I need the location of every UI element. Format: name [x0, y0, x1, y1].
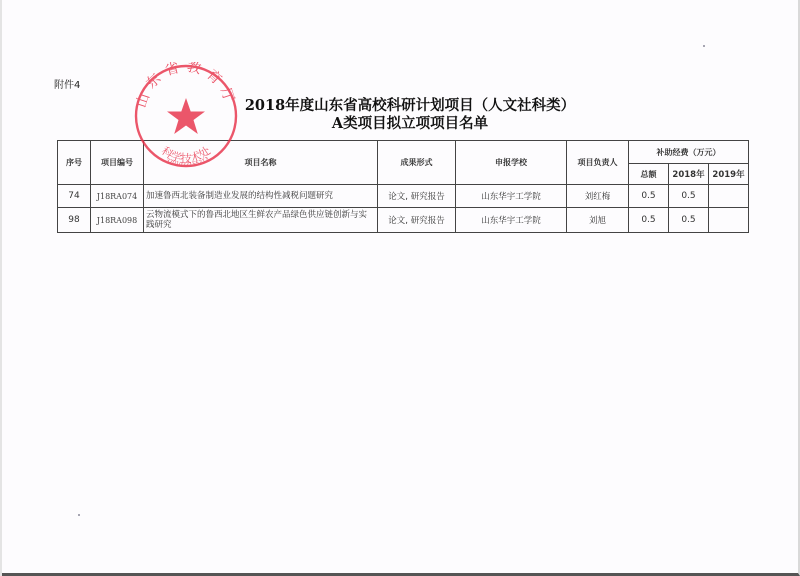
- table-header-row: 序号 项目编号 项目名称 成果形式 申报学校 项目负责人 补助经费（万元）: [58, 141, 749, 164]
- cell-leader: 刘旭: [567, 208, 629, 233]
- cell-school: 山东华宇工学院: [456, 185, 567, 208]
- cell-output: 论文, 研究报告: [378, 185, 456, 208]
- cell-2019: [709, 208, 749, 233]
- header-name: 项目名称: [144, 141, 378, 185]
- cell-seq: 98: [58, 208, 91, 233]
- header-total: 总额: [629, 164, 669, 185]
- document-subtitle: A类项目拟立项项目名单: [200, 115, 620, 133]
- cell-school: 山东华宇工学院: [456, 208, 567, 233]
- header-leader: 项目负责人: [567, 141, 629, 185]
- header-2018: 2018年: [669, 164, 709, 185]
- cell-name: 加速鲁西北装备制造业发展的结构性减税问题研究: [144, 185, 378, 208]
- cell-2018: 0.5: [669, 208, 709, 233]
- cell-output: 论文, 研究报告: [378, 208, 456, 233]
- attachment-label: 附件4: [54, 76, 80, 91]
- table-row: 74 J18RA074 加速鲁西北装备制造业发展的结构性减税问题研究 论文, 研…: [58, 185, 749, 208]
- header-seq: 序号: [58, 141, 91, 185]
- header-funding-group: 补助经费（万元）: [629, 141, 749, 164]
- cell-2019: [709, 185, 749, 208]
- document-title: 2018年度山东省高校科研计划项目（人文社科类）: [200, 97, 620, 115]
- document-page: 附件4 2018年度山东省高校科研计划项目（人文社科类） A类项目拟立项项目名单…: [0, 0, 800, 576]
- cell-code: J18RA074: [91, 185, 144, 208]
- cell-total: 0.5: [629, 185, 669, 208]
- header-output: 成果形式: [378, 141, 456, 185]
- cell-2018: 0.5: [669, 185, 709, 208]
- cell-name: 云物流模式下的鲁西北地区生鲜农产品绿色供应链创新与实践研究: [144, 208, 378, 233]
- header-2019: 2019年: [709, 164, 749, 185]
- cell-total: 0.5: [629, 208, 669, 233]
- scan-speck: [78, 514, 80, 516]
- scan-speck: [703, 45, 705, 47]
- cell-leader: 刘红梅: [567, 185, 629, 208]
- cell-seq: 74: [58, 185, 91, 208]
- header-school: 申报学校: [456, 141, 567, 185]
- project-list-table: 序号 项目编号 项目名称 成果形式 申报学校 项目负责人 补助经费（万元） 总额…: [57, 140, 749, 233]
- cell-code: J18RA098: [91, 208, 144, 233]
- scan-edge: [0, 0, 2, 576]
- table-row: 98 J18RA098 云物流模式下的鲁西北地区生鲜农产品绿色供应链创新与实践研…: [58, 208, 749, 233]
- header-code: 项目编号: [91, 141, 144, 185]
